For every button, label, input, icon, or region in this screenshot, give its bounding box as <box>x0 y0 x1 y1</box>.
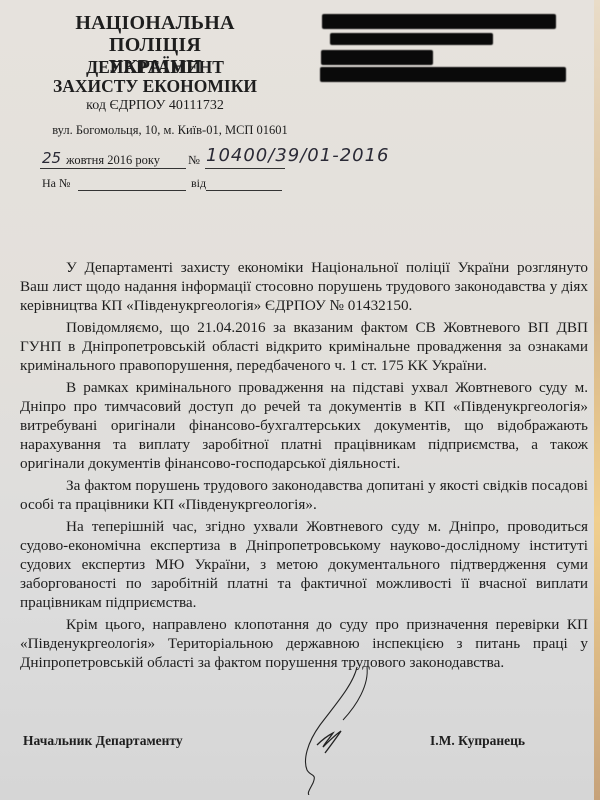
letter-body: У Департаменті захисту економіки Націона… <box>20 258 588 675</box>
dept-line-1: ДЕПАРТАМЕНТ <box>30 58 280 77</box>
letterhead-code: код ЄДРПОУ 40111732 <box>30 98 280 114</box>
org-line-1: НАЦІОНАЛЬНА ПОЛІЦІЯ <box>30 12 280 56</box>
signatory-position: Начальник Департаменту <box>23 733 183 749</box>
photo-background-edge <box>594 0 600 800</box>
body-paragraph: Повідомляємо, що 21.04.2016 за вказаним … <box>20 318 588 375</box>
body-paragraph: На теперішній час, згідно ухвали Жовтнев… <box>20 517 588 612</box>
letterhead-address: вул. Богомольця, 10, м. Київ-01, МСП 016… <box>40 123 300 138</box>
number-label: № <box>188 153 200 168</box>
handwritten-signature-icon <box>295 665 385 795</box>
body-paragraph: У Департаменті захисту економіки Націона… <box>20 258 588 315</box>
body-paragraph: Крім цього, направлено клопотання до суд… <box>20 615 588 672</box>
letter-page: НАЦІОНАЛЬНА ПОЛІЦІЯ УКРАЇНИ ДЕПАРТАМЕНТ … <box>0 0 594 800</box>
redaction-bar <box>322 14 556 29</box>
dept-line-2: ЗАХИСТУ ЕКОНОМІКИ <box>30 77 280 96</box>
signatory-name: І.М. Купранець <box>430 733 525 749</box>
date-day-handwritten: 25 <box>42 149 61 167</box>
date-month-year: жовтня 2016 року <box>66 153 160 168</box>
letterhead-department: ДЕПАРТАМЕНТ ЗАХИСТУ ЕКОНОМІКИ <box>30 58 280 96</box>
from-label: від <box>191 176 206 191</box>
ref-label: На № <box>42 176 70 191</box>
redaction-bar <box>330 33 493 45</box>
redaction-bar <box>321 50 433 65</box>
number-handwritten: 10400/39/01-2016 <box>206 145 390 166</box>
body-paragraph: За фактом порушень трудового законодавст… <box>20 476 588 514</box>
body-paragraph: В рамках кримінального провадження на пі… <box>20 378 588 473</box>
redaction-bar <box>320 67 566 82</box>
